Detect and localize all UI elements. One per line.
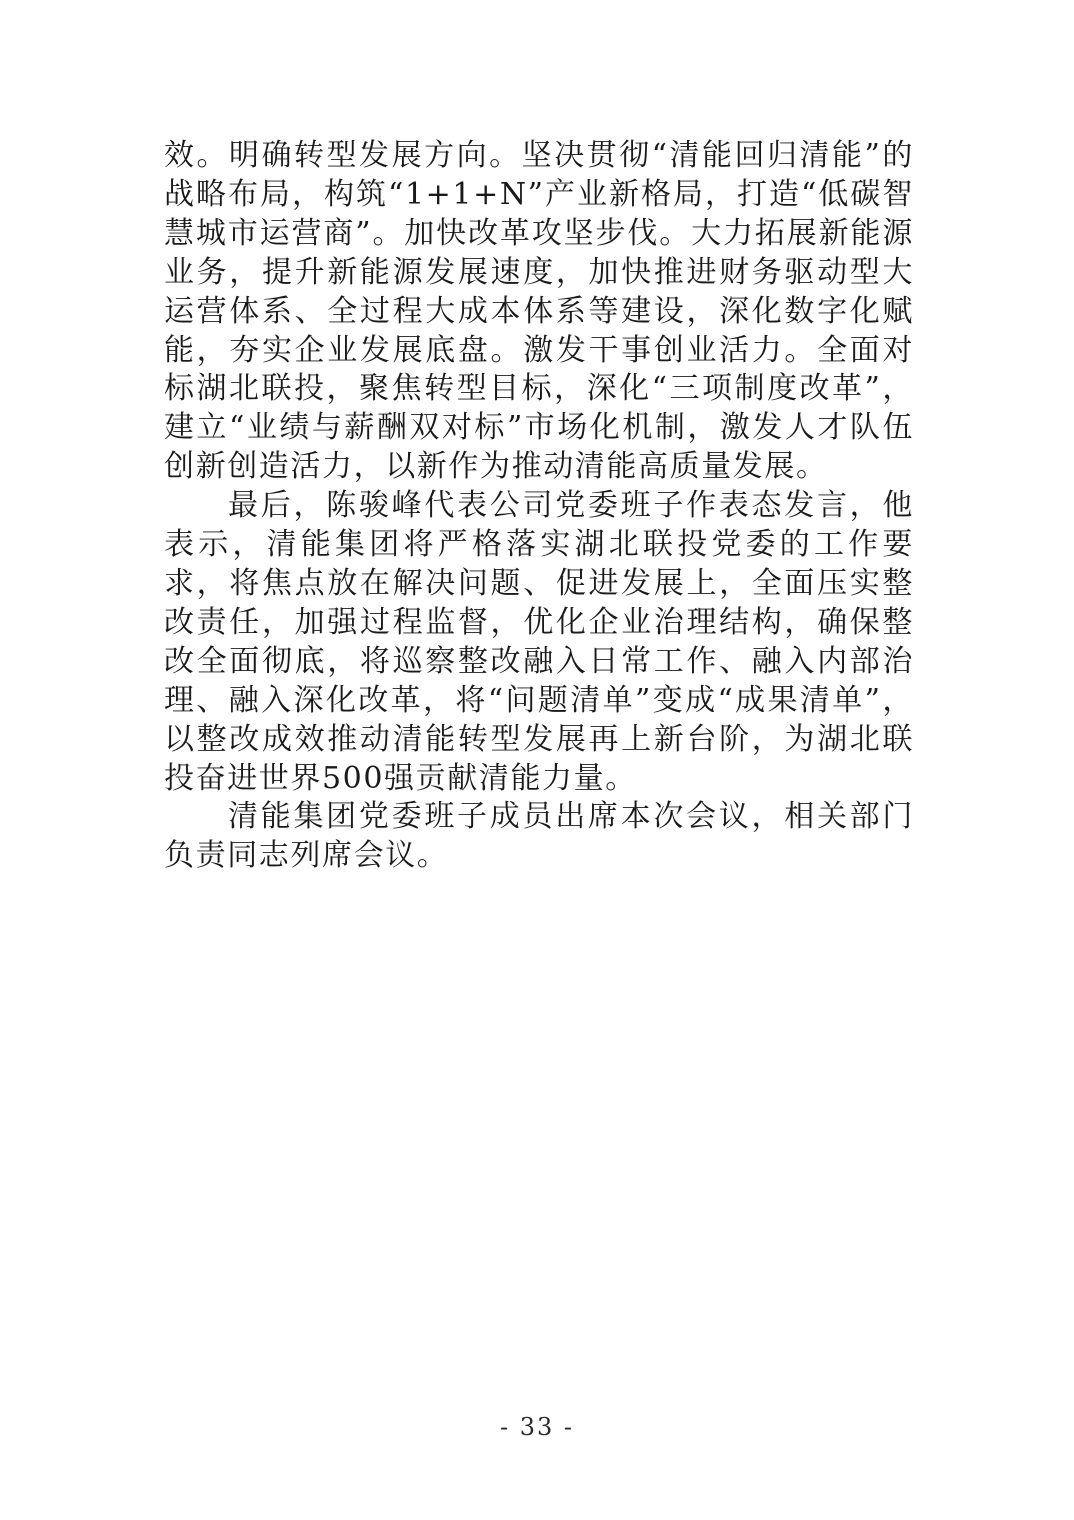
page-number: - 33 - [0,1413,1074,1441]
paragraph-2: 最后，陈骏峰代表公司党委班子作表态发言，他表示，清能集团将严格落实湖北联投党委的… [164,487,914,798]
paragraph-3: 清能集团党委班子成员出席本次会议，相关部门负责同志列席会议。 [164,798,914,876]
paragraph-1: 效。明确转型发展方向。坚决贯彻“清能回归清能”的战略布局，构筑“1+1+N”产业… [164,137,914,487]
document-body: 效。明确转型发展方向。坚决贯彻“清能回归清能”的战略布局，构筑“1+1+N”产业… [164,137,914,876]
document-page: 效。明确转型发展方向。坚决贯彻“清能回归清能”的战略布局，构筑“1+1+N”产业… [0,0,1074,1520]
